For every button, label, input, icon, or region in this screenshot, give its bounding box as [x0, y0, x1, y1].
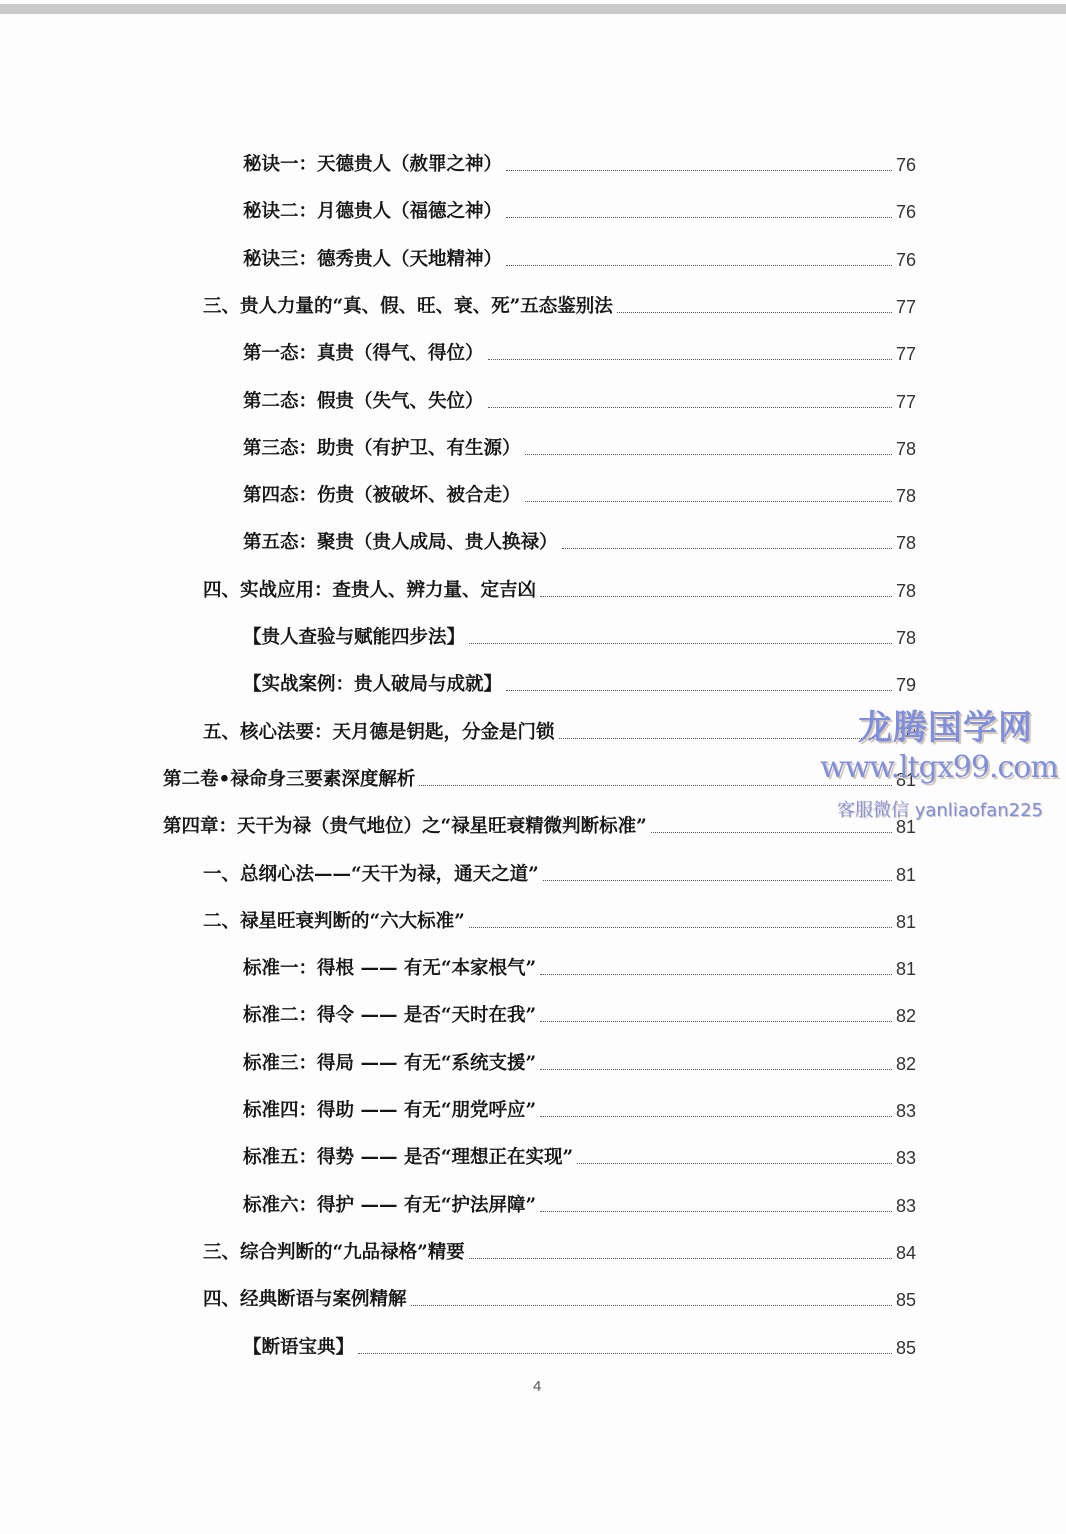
toc-entry-page: 82	[892, 1052, 916, 1076]
toc-entry-title: 三、综合判断的“九品禄格”精要	[203, 1241, 469, 1265]
toc-entry-title: 第四态：伤贵（被破坏、被合走）	[243, 484, 525, 508]
toc-entry-page: 81	[892, 910, 916, 934]
toc-entry-title: 二、禄星旺衰判断的“六大标准”	[203, 910, 469, 934]
toc-entry[interactable]: 【实战案例：贵人破局与成就】79	[243, 667, 916, 697]
toc-entry-page: 83	[892, 1099, 916, 1123]
dot-leader	[543, 879, 892, 881]
dot-leader	[506, 216, 892, 218]
dot-leader	[540, 1115, 892, 1117]
dot-leader	[617, 311, 892, 313]
toc-entry-page: 81	[892, 863, 916, 887]
toc-entry-title: 标准二：得令 —— 是否“天时在我”	[243, 1004, 540, 1028]
toc-entry-page: 85	[892, 1288, 916, 1312]
toc-entry-page: 78	[892, 579, 916, 603]
toc-entry-page: 85	[892, 1336, 916, 1360]
toc-entry-page: 81	[892, 815, 916, 839]
toc-entry-page: 81	[892, 768, 916, 792]
dot-leader	[540, 1210, 892, 1212]
toc-entry[interactable]: 标准三：得局 —— 有无“系统支援”82	[243, 1046, 916, 1076]
toc-entry-page: 76	[892, 248, 916, 272]
dot-leader	[540, 1068, 892, 1070]
toc-entry-title: 第一态：真贵（得气、得位）	[243, 342, 488, 366]
toc-entry[interactable]: 【贵人查验与赋能四步法】78	[243, 620, 916, 650]
dot-leader	[577, 1162, 892, 1164]
toc-entry-title: 秘诀二：月德贵人（福德之神）	[243, 200, 506, 224]
toc-entry-title: 一、总纲心法——“天干为禄，通天之道”	[203, 863, 543, 887]
dot-leader	[540, 973, 892, 975]
toc-entry-title: 四、实战应用：查贵人、辨力量、定吉凶	[203, 579, 540, 603]
toc-entry-page: 81	[892, 957, 916, 981]
dot-leader	[540, 595, 892, 597]
dot-leader	[488, 358, 892, 360]
top-border-bar	[0, 4, 1066, 14]
toc-entry-title: 第二态：假贵（失气、失位）	[243, 390, 488, 414]
dot-leader	[419, 784, 892, 786]
dot-leader	[506, 169, 892, 171]
toc-entry-page: 77	[892, 390, 916, 414]
toc-entry[interactable]: 秘诀三：德秀贵人（天地精神）76	[243, 242, 916, 272]
toc-entry-page: 78	[892, 437, 916, 461]
toc-entry-title: 秘诀一：天德贵人（赦罪之神）	[243, 153, 506, 177]
dot-leader	[525, 500, 892, 502]
toc-entry-page: 78	[892, 531, 916, 555]
dot-leader	[469, 926, 892, 928]
toc-entry-title: 第五态：聚贵（贵人成局、贵人换禄）	[243, 531, 562, 555]
toc-entry-page: 80	[892, 721, 916, 745]
toc-entry[interactable]: 秘诀二：月德贵人（福德之神）76	[243, 194, 916, 224]
dot-leader	[506, 689, 892, 691]
dot-leader	[358, 1352, 892, 1354]
toc-entry[interactable]: 第一态：真贵（得气、得位）77	[243, 336, 916, 366]
toc-entry[interactable]: 第二卷•禄命身三要素深度解析81	[163, 762, 916, 792]
toc-entry-page: 82	[892, 1004, 916, 1028]
toc-entry-page: 79	[892, 673, 916, 697]
toc-entry[interactable]: 一、总纲心法——“天干为禄，通天之道”81	[203, 857, 916, 887]
toc-entry[interactable]: 第三态：助贵（有护卫、有生源）78	[243, 431, 916, 461]
dot-leader	[469, 642, 892, 644]
toc-entry-title: 【实战案例：贵人破局与成就】	[243, 673, 506, 697]
toc-entry[interactable]: 标准六：得护 —— 有无“护法屏障”83	[243, 1188, 916, 1218]
toc-entry[interactable]: 标准五：得势 —— 是否“理想正在实现”83	[243, 1140, 916, 1170]
dot-leader	[469, 1257, 892, 1259]
dot-leader	[506, 264, 892, 266]
toc-entry-title: 标准一：得根 —— 有无“本家根气”	[243, 957, 540, 981]
toc-entry-page: 83	[892, 1194, 916, 1218]
toc-entry-page: 84	[892, 1241, 916, 1265]
toc-entry-page: 77	[892, 295, 916, 319]
toc-entry-page: 78	[892, 484, 916, 508]
dot-leader	[488, 406, 892, 408]
toc-entry[interactable]: 秘诀一：天德贵人（赦罪之神）76	[243, 147, 916, 177]
toc-entry-title: 秘诀三：德秀贵人（天地精神）	[243, 248, 506, 272]
toc-entry-page: 83	[892, 1146, 916, 1170]
toc-entry[interactable]: 四、经典断语与案例精解85	[203, 1282, 916, 1312]
toc-entry-title: 标准六：得护 —— 有无“护法屏障”	[243, 1194, 540, 1218]
toc-entry-page: 76	[892, 153, 916, 177]
toc-entry-page: 78	[892, 626, 916, 650]
toc-entry-title: 第二卷•禄命身三要素深度解析	[163, 768, 419, 792]
toc-entry-page: 77	[892, 342, 916, 366]
dot-leader	[525, 453, 892, 455]
toc-entry-title: 标准四：得助 —— 有无“朋党呼应”	[243, 1099, 540, 1123]
toc-entry-title: 第三态：助贵（有护卫、有生源）	[243, 437, 525, 461]
toc-entry[interactable]: 标准四：得助 —— 有无“朋党呼应”83	[243, 1093, 916, 1123]
toc-entry[interactable]: 【断语宝典】85	[243, 1330, 916, 1360]
toc-entry-title: 标准三：得局 —— 有无“系统支援”	[243, 1052, 540, 1076]
dot-leader	[411, 1304, 892, 1306]
toc-entry[interactable]: 第四章：天干为禄（贵气地位）之“禄星旺衰精微判断标准”81	[163, 809, 916, 839]
toc-entry[interactable]: 三、综合判断的“九品禄格”精要84	[203, 1235, 916, 1265]
toc-entry-title: 四、经典断语与案例精解	[203, 1288, 411, 1312]
toc-entry[interactable]: 二、禄星旺衰判断的“六大标准”81	[203, 904, 916, 934]
toc-entry[interactable]: 四、实战应用：查贵人、辨力量、定吉凶78	[203, 573, 916, 603]
page-number: 4	[533, 1378, 541, 1395]
toc-entry[interactable]: 五、核心法要：天月德是钥匙，分金是门锁80	[203, 715, 916, 745]
toc-entry[interactable]: 第四态：伤贵（被破坏、被合走）78	[243, 478, 916, 508]
dot-leader	[559, 737, 892, 739]
dot-leader	[540, 1020, 892, 1022]
toc-entry-page: 76	[892, 200, 916, 224]
toc-entry-title: 第四章：天干为禄（贵气地位）之“禄星旺衰精微判断标准”	[163, 815, 651, 839]
toc-entry-title: 三、贵人力量的“真、假、旺、衰、死”五态鉴别法	[203, 295, 617, 319]
toc-entry-title: 【贵人查验与赋能四步法】	[243, 626, 469, 650]
toc-entry[interactable]: 标准二：得令 —— 是否“天时在我”82	[243, 998, 916, 1028]
toc-entry-title: 五、核心法要：天月德是钥匙，分金是门锁	[203, 721, 559, 745]
toc-entry[interactable]: 第五态：聚贵（贵人成局、贵人换禄）78	[243, 525, 916, 555]
dot-leader	[562, 547, 892, 549]
dot-leader	[651, 831, 892, 833]
toc-entry-title: 标准五：得势 —— 是否“理想正在实现”	[243, 1146, 577, 1170]
toc-entry[interactable]: 三、贵人力量的“真、假、旺、衰、死”五态鉴别法77	[203, 289, 916, 319]
toc-entry[interactable]: 标准一：得根 —— 有无“本家根气”81	[243, 951, 916, 981]
toc-entry[interactable]: 第二态：假贵（失气、失位）77	[243, 384, 916, 414]
toc-entry-title: 【断语宝典】	[243, 1336, 358, 1360]
